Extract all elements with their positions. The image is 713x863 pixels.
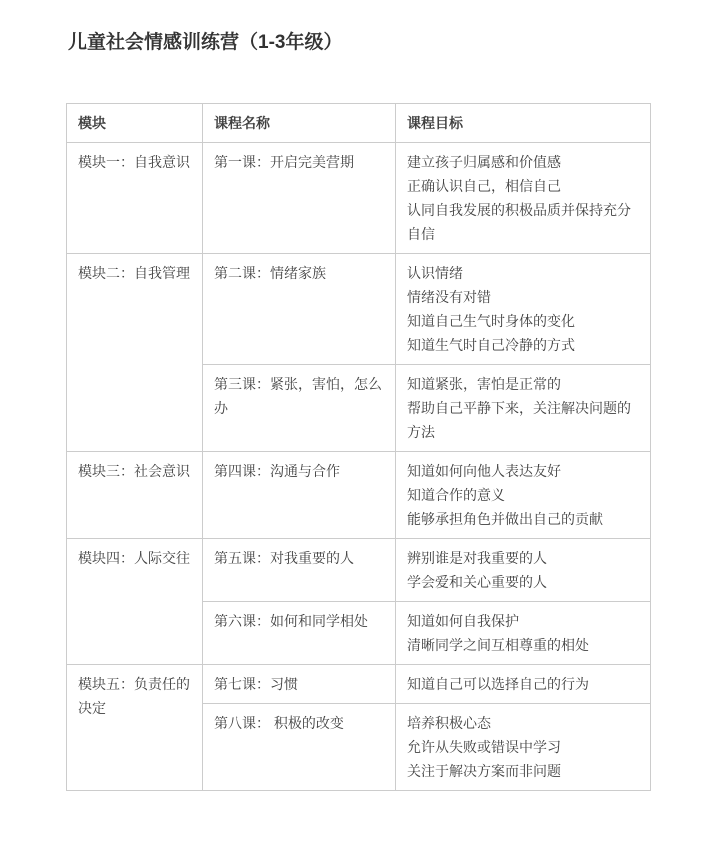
module-cell-3: 模块三：社会意识 bbox=[67, 452, 203, 539]
goals-cell-4: 知道如何向他人表达友好 知道合作的意义 能够承担角色并做出自己的贡献 bbox=[396, 452, 651, 539]
header-course-goal: 课程目标 bbox=[396, 104, 651, 143]
header-module: 模块 bbox=[67, 104, 203, 143]
table-row: 模块五：负责任的决定 第七课：习惯 知道自己可以选择自己的行为 bbox=[67, 665, 651, 704]
module-cell-1: 模块一：自我意识 bbox=[67, 143, 203, 254]
course-cell-2: 第二课：情绪家族 bbox=[203, 254, 396, 365]
course-cell-5: 第五课：对我重要的人 bbox=[203, 539, 396, 602]
course-cell-7: 第七课：习惯 bbox=[203, 665, 396, 704]
course-cell-3: 第三课：紧张，害怕，怎么办 bbox=[203, 365, 396, 452]
goals-cell-6: 知道如何自我保护 清晰同学之间互相尊重的相处 bbox=[396, 602, 651, 665]
course-cell-6: 第六课：如何和同学相处 bbox=[203, 602, 396, 665]
goals-cell-7: 知道自己可以选择自己的行为 bbox=[396, 665, 651, 704]
goals-cell-3: 知道紧张，害怕是正常的 帮助自己平静下来，关注解决问题的方法 bbox=[396, 365, 651, 452]
table-row: 模块二：自我管理 第二课：情绪家族 认识情绪 情绪没有对错 知道自己生气时身体的… bbox=[67, 254, 651, 365]
course-cell-1: 第一课：开启完美营期 bbox=[203, 143, 396, 254]
module-cell-5: 模块五：负责任的决定 bbox=[67, 665, 203, 791]
header-course-name: 课程名称 bbox=[203, 104, 396, 143]
goals-cell-2: 认识情绪 情绪没有对错 知道自己生气时身体的变化 知道生气时自己冷静的方式 bbox=[396, 254, 651, 365]
course-cell-4: 第四课：沟通与合作 bbox=[203, 452, 396, 539]
goals-cell-8: 培养积极心态 允许从失败或错误中学习 关注于解决方案而非问题 bbox=[396, 704, 651, 791]
table-header-row: 模块 课程名称 课程目标 bbox=[67, 104, 651, 143]
goals-cell-5: 辨别谁是对我重要的人 学会爱和关心重要的人 bbox=[396, 539, 651, 602]
table-row: 模块一：自我意识 第一课：开启完美营期 建立孩子归属感和价值感 正确认识自己，相… bbox=[67, 143, 651, 254]
page-title: 儿童社会情感训练营（1-3年级） bbox=[68, 30, 673, 56]
table-row: 模块四：人际交往 第五课：对我重要的人 辨别谁是对我重要的人 学会爱和关心重要的… bbox=[67, 539, 651, 602]
course-table: 模块 课程名称 课程目标 模块一：自我意识 第一课：开启完美营期 建立孩子归属感… bbox=[66, 103, 651, 791]
page: 儿童社会情感训练营（1-3年级） 模块 课程名称 课程目标 模块一：自我意识 第… bbox=[0, 30, 713, 791]
module-cell-2: 模块二：自我管理 bbox=[67, 254, 203, 452]
table-row: 模块三：社会意识 第四课：沟通与合作 知道如何向他人表达友好 知道合作的意义 能… bbox=[67, 452, 651, 539]
course-cell-8: 第八课： 积极的改变 bbox=[203, 704, 396, 791]
goals-cell-1: 建立孩子归属感和价值感 正确认识自己，相信自己 认同自我发展的积极品质并保持充分… bbox=[396, 143, 651, 254]
module-cell-4: 模块四：人际交往 bbox=[67, 539, 203, 665]
